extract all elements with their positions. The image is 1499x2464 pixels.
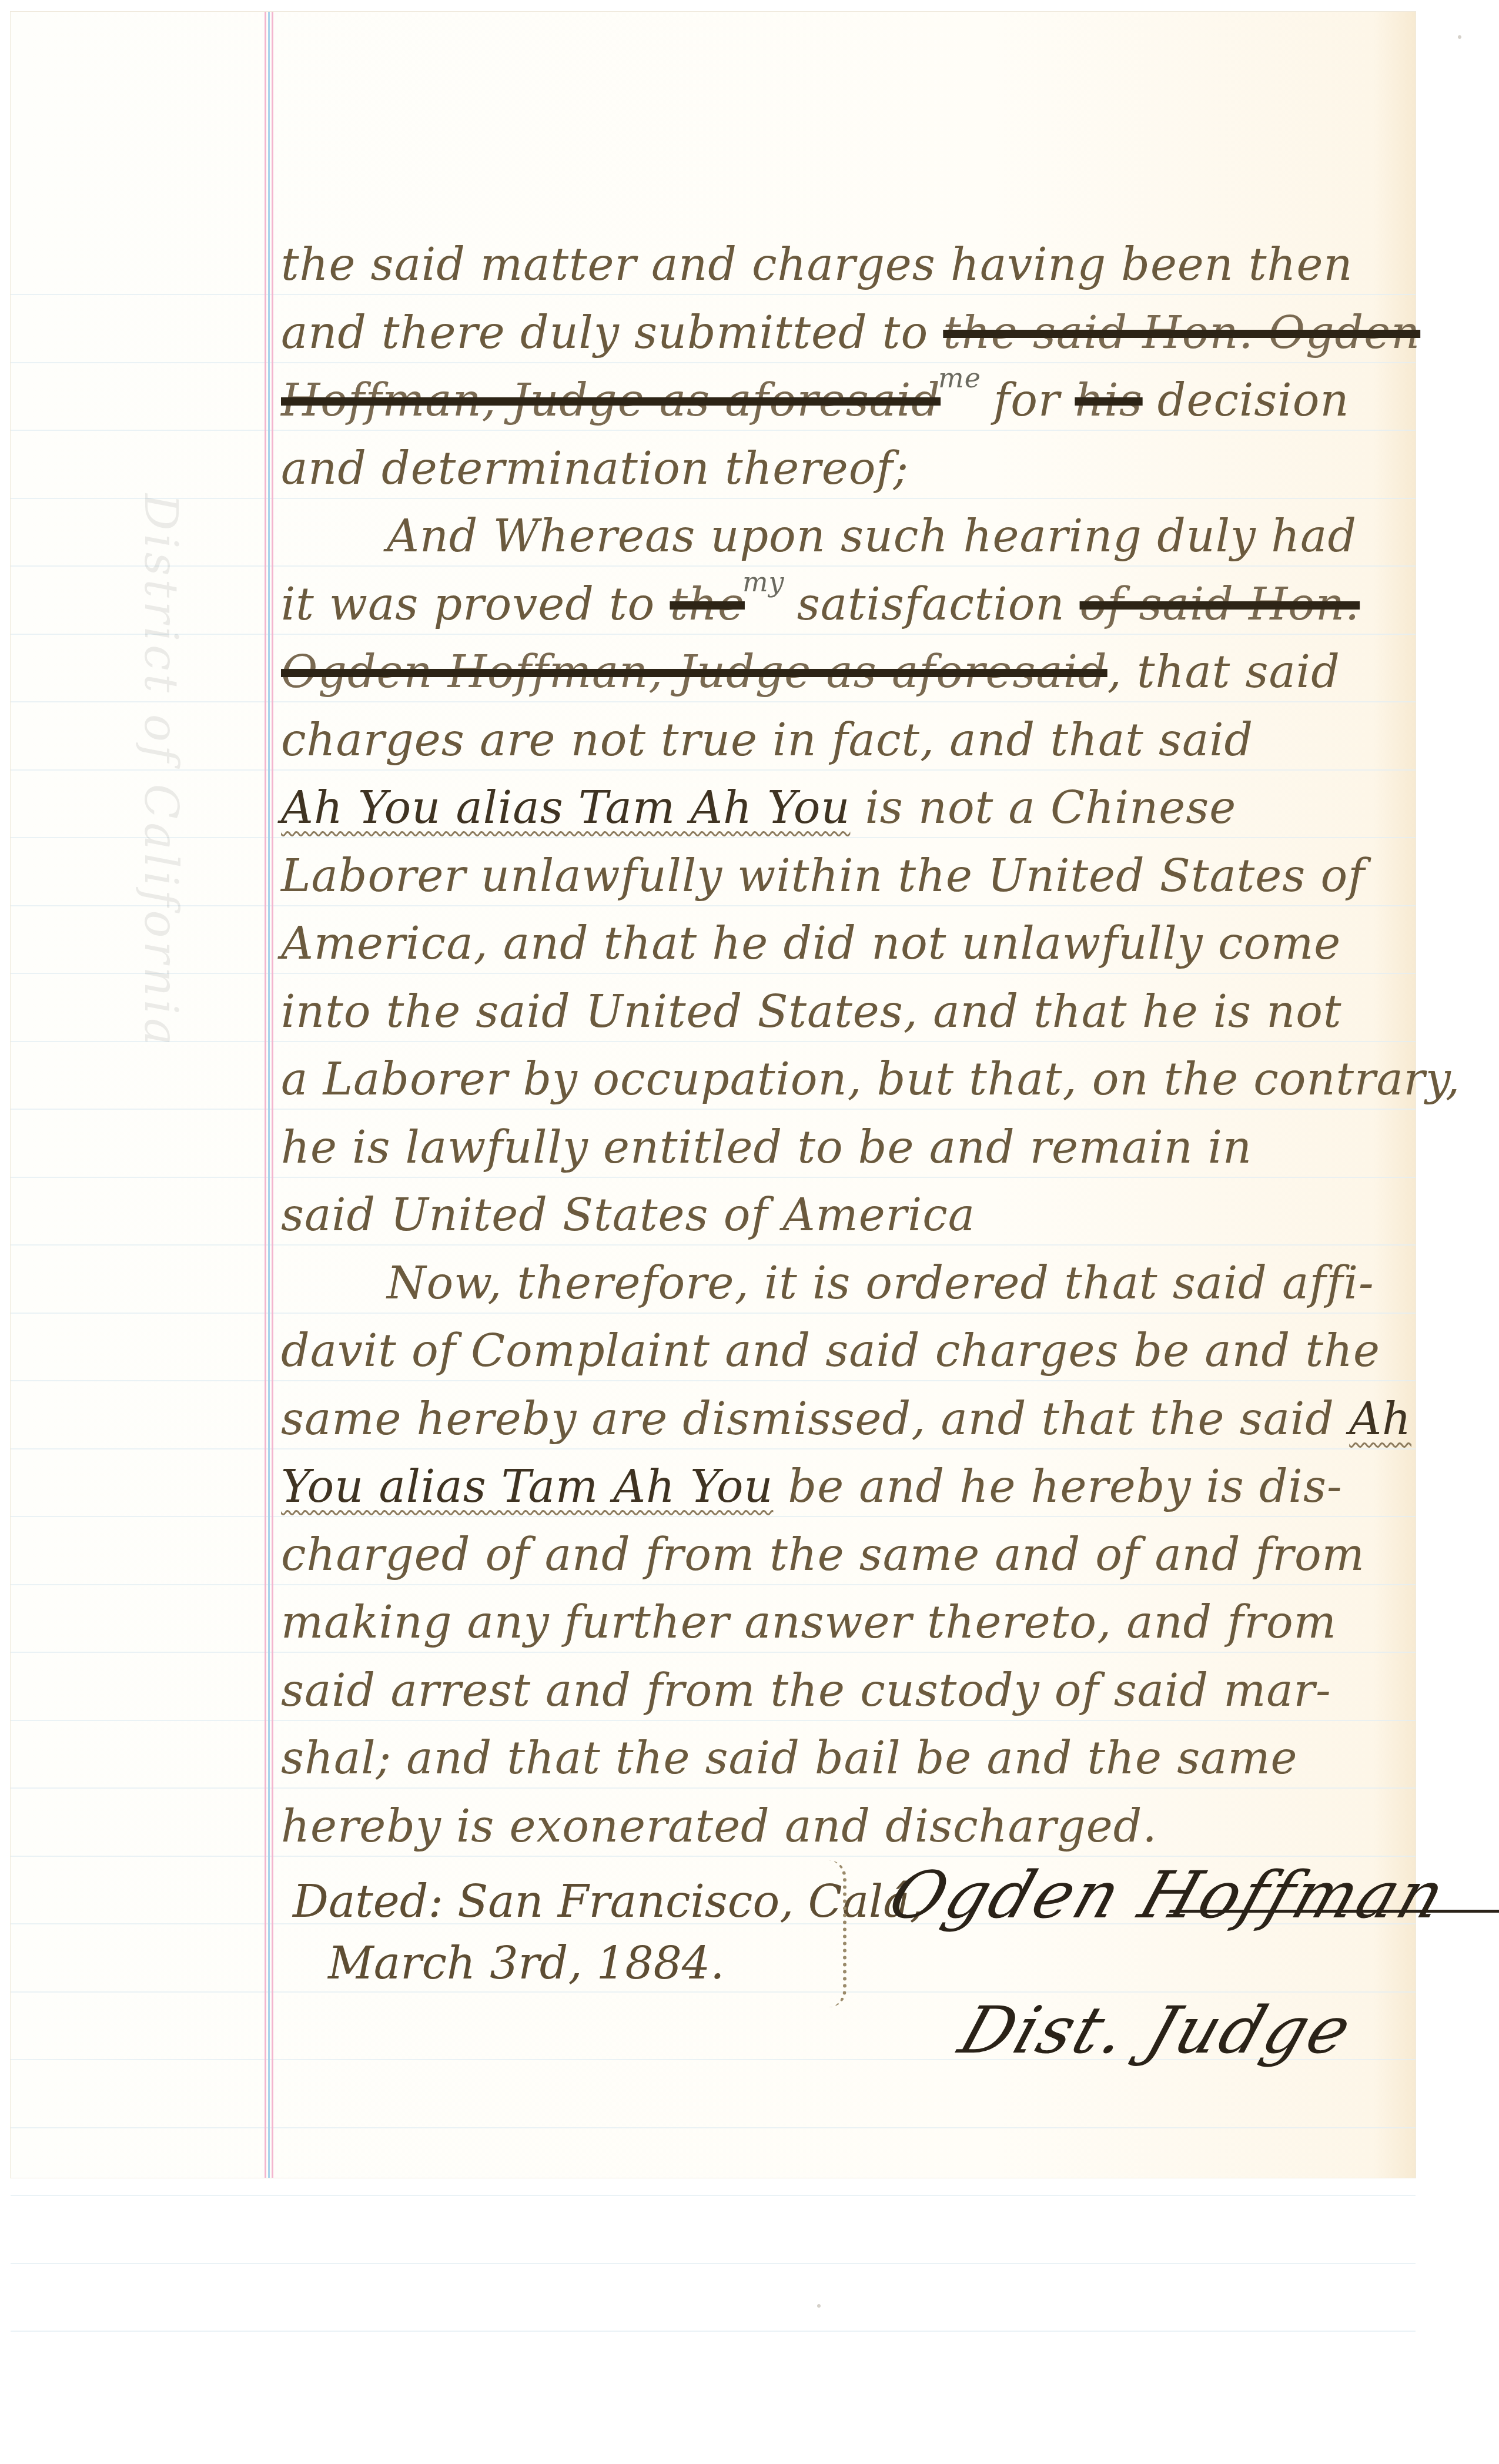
handwritten-line: Ogden Hoffman, Judge as aforesaid, that …	[281, 640, 1410, 704]
inserted-word: me	[938, 362, 981, 394]
text-segment: it was proved to	[281, 578, 670, 630]
handwritten-line: and there duly submitted to the said Hon…	[281, 300, 1410, 365]
rule-line	[11, 2331, 1416, 2332]
rule-line	[11, 2127, 1416, 2128]
underlined-name: Ah	[1349, 1392, 1411, 1445]
text-segment: said United States of America	[281, 1189, 975, 1241]
struck-text: the	[670, 578, 744, 630]
struck-text: Ogden Hoffman, Judge as aforesaid	[281, 645, 1107, 698]
handwritten-line: he is lawfully entitled to be and remain…	[281, 1115, 1410, 1180]
rule-line	[11, 2263, 1416, 2264]
dateline-date: March 3rd, 1884.	[328, 1937, 724, 1989]
handwritten-line: You alias Tam Ah You be and he hereby is…	[281, 1454, 1410, 1519]
margin-line-pink	[272, 12, 273, 2178]
text-segment: the said matter and charges having been …	[281, 238, 1353, 290]
bleed-through-text: District of California	[134, 494, 187, 1049]
handwritten-line: Hoffman, Judge as aforesaidme for his de…	[281, 368, 1410, 433]
text-segment: into the said United States, and that he…	[281, 985, 1342, 1037]
judge-title: Dist. Judge	[951, 1993, 1362, 2068]
text-segment: Now, therefore, it is ordered that said …	[387, 1257, 1374, 1309]
handwritten-line: charges are not true in fact, and that s…	[281, 708, 1410, 772]
text-segment: he is lawfully entitled to be and remain…	[281, 1121, 1252, 1173]
handwritten-line: a Laborer by occupation, but that, on th…	[281, 1047, 1410, 1112]
underlined-name: Ah You alias Tam Ah You	[281, 781, 850, 833]
judge-signature: Ogden Hoffman	[880, 1857, 1456, 1933]
text-segment: decision	[1143, 374, 1350, 426]
text-segment: satisfaction	[782, 578, 1080, 630]
handwritten-line: it was proved to themy satisfaction of s…	[281, 572, 1410, 637]
handwritten-line: shal; and that the said bail be and the …	[281, 1726, 1410, 1790]
text-segment: be and he hereby is dis-	[773, 1460, 1342, 1512]
text-segment: America, and that he did not unlawfully …	[281, 917, 1341, 969]
handwritten-line: America, and that he did not unlawfully …	[281, 911, 1410, 976]
handwritten-line: davit of Complaint and said charges be a…	[281, 1318, 1410, 1383]
handwritten-line: into the said United States, and that he…	[281, 979, 1410, 1044]
text-segment: and determination thereof;	[281, 442, 909, 494]
text-segment: making any further answer thereto, and f…	[281, 1596, 1337, 1648]
struck-text: the said Hon. Ogden	[943, 306, 1420, 359]
document-page: District of California the said matter a…	[11, 12, 1416, 2178]
text-segment: a Laborer by occupation, but that, on th…	[281, 1053, 1460, 1105]
text-segment: charged of and from the same and of and …	[281, 1528, 1365, 1581]
handwritten-line: the said matter and charges having been …	[281, 232, 1410, 297]
text-segment: Laborer unlawfully within the United Sta…	[281, 849, 1365, 902]
handwritten-line: hereby is exonerated and discharged.	[281, 1794, 1410, 1859]
text-segment: same hereby are dismissed, and that the …	[281, 1392, 1349, 1445]
text-segment: said arrest and from the custody of said…	[281, 1664, 1331, 1716]
scan-speck	[817, 2304, 821, 2308]
handwritten-line: Ah You alias Tam Ah You is not a Chinese	[281, 775, 1410, 840]
handwritten-line: and determination thereof;	[281, 436, 1410, 501]
rule-line	[11, 2195, 1416, 2196]
handwritten-line: And Whereas upon such hearing duly had	[281, 504, 1410, 568]
scan-speck	[1458, 35, 1461, 39]
text-segment: for	[979, 374, 1075, 426]
handwritten-line: same hereby are dismissed, and that the …	[281, 1387, 1410, 1451]
struck-text: his	[1075, 374, 1142, 426]
struck-text: of said Hon.	[1080, 578, 1360, 630]
text-segment: , that said	[1107, 645, 1340, 698]
text-segment: hereby is exonerated and discharged.	[281, 1800, 1157, 1852]
text-segment: shal; and that the said bail be and the …	[281, 1732, 1298, 1784]
text-segment: charges are not true in fact, and that s…	[281, 714, 1253, 766]
margin-line-pink	[265, 12, 266, 2178]
handwritten-line: charged of and from the same and of and …	[281, 1522, 1410, 1587]
underlined-name: You alias Tam Ah You	[281, 1460, 773, 1512]
text-segment: davit of Complaint and said charges be a…	[281, 1324, 1380, 1377]
handwritten-line: said United States of America	[281, 1183, 1410, 1247]
text-segment: And Whereas upon such hearing duly had	[387, 510, 1357, 562]
handwritten-line: said arrest and from the custody of said…	[281, 1658, 1410, 1723]
text-segment: and there duly submitted to	[281, 306, 943, 359]
struck-text: Hoffman, Judge as aforesaid	[281, 374, 941, 426]
handwritten-line: Laborer unlawfully within the United Sta…	[281, 843, 1410, 908]
brace-mark	[822, 1860, 846, 2007]
inserted-word: my	[742, 566, 785, 598]
handwritten-line: making any further answer thereto, and f…	[281, 1590, 1410, 1655]
handwritten-line: Now, therefore, it is ordered that said …	[281, 1251, 1410, 1315]
margin-line-blue	[268, 12, 270, 2178]
text-segment: is not a Chinese	[850, 781, 1236, 833]
